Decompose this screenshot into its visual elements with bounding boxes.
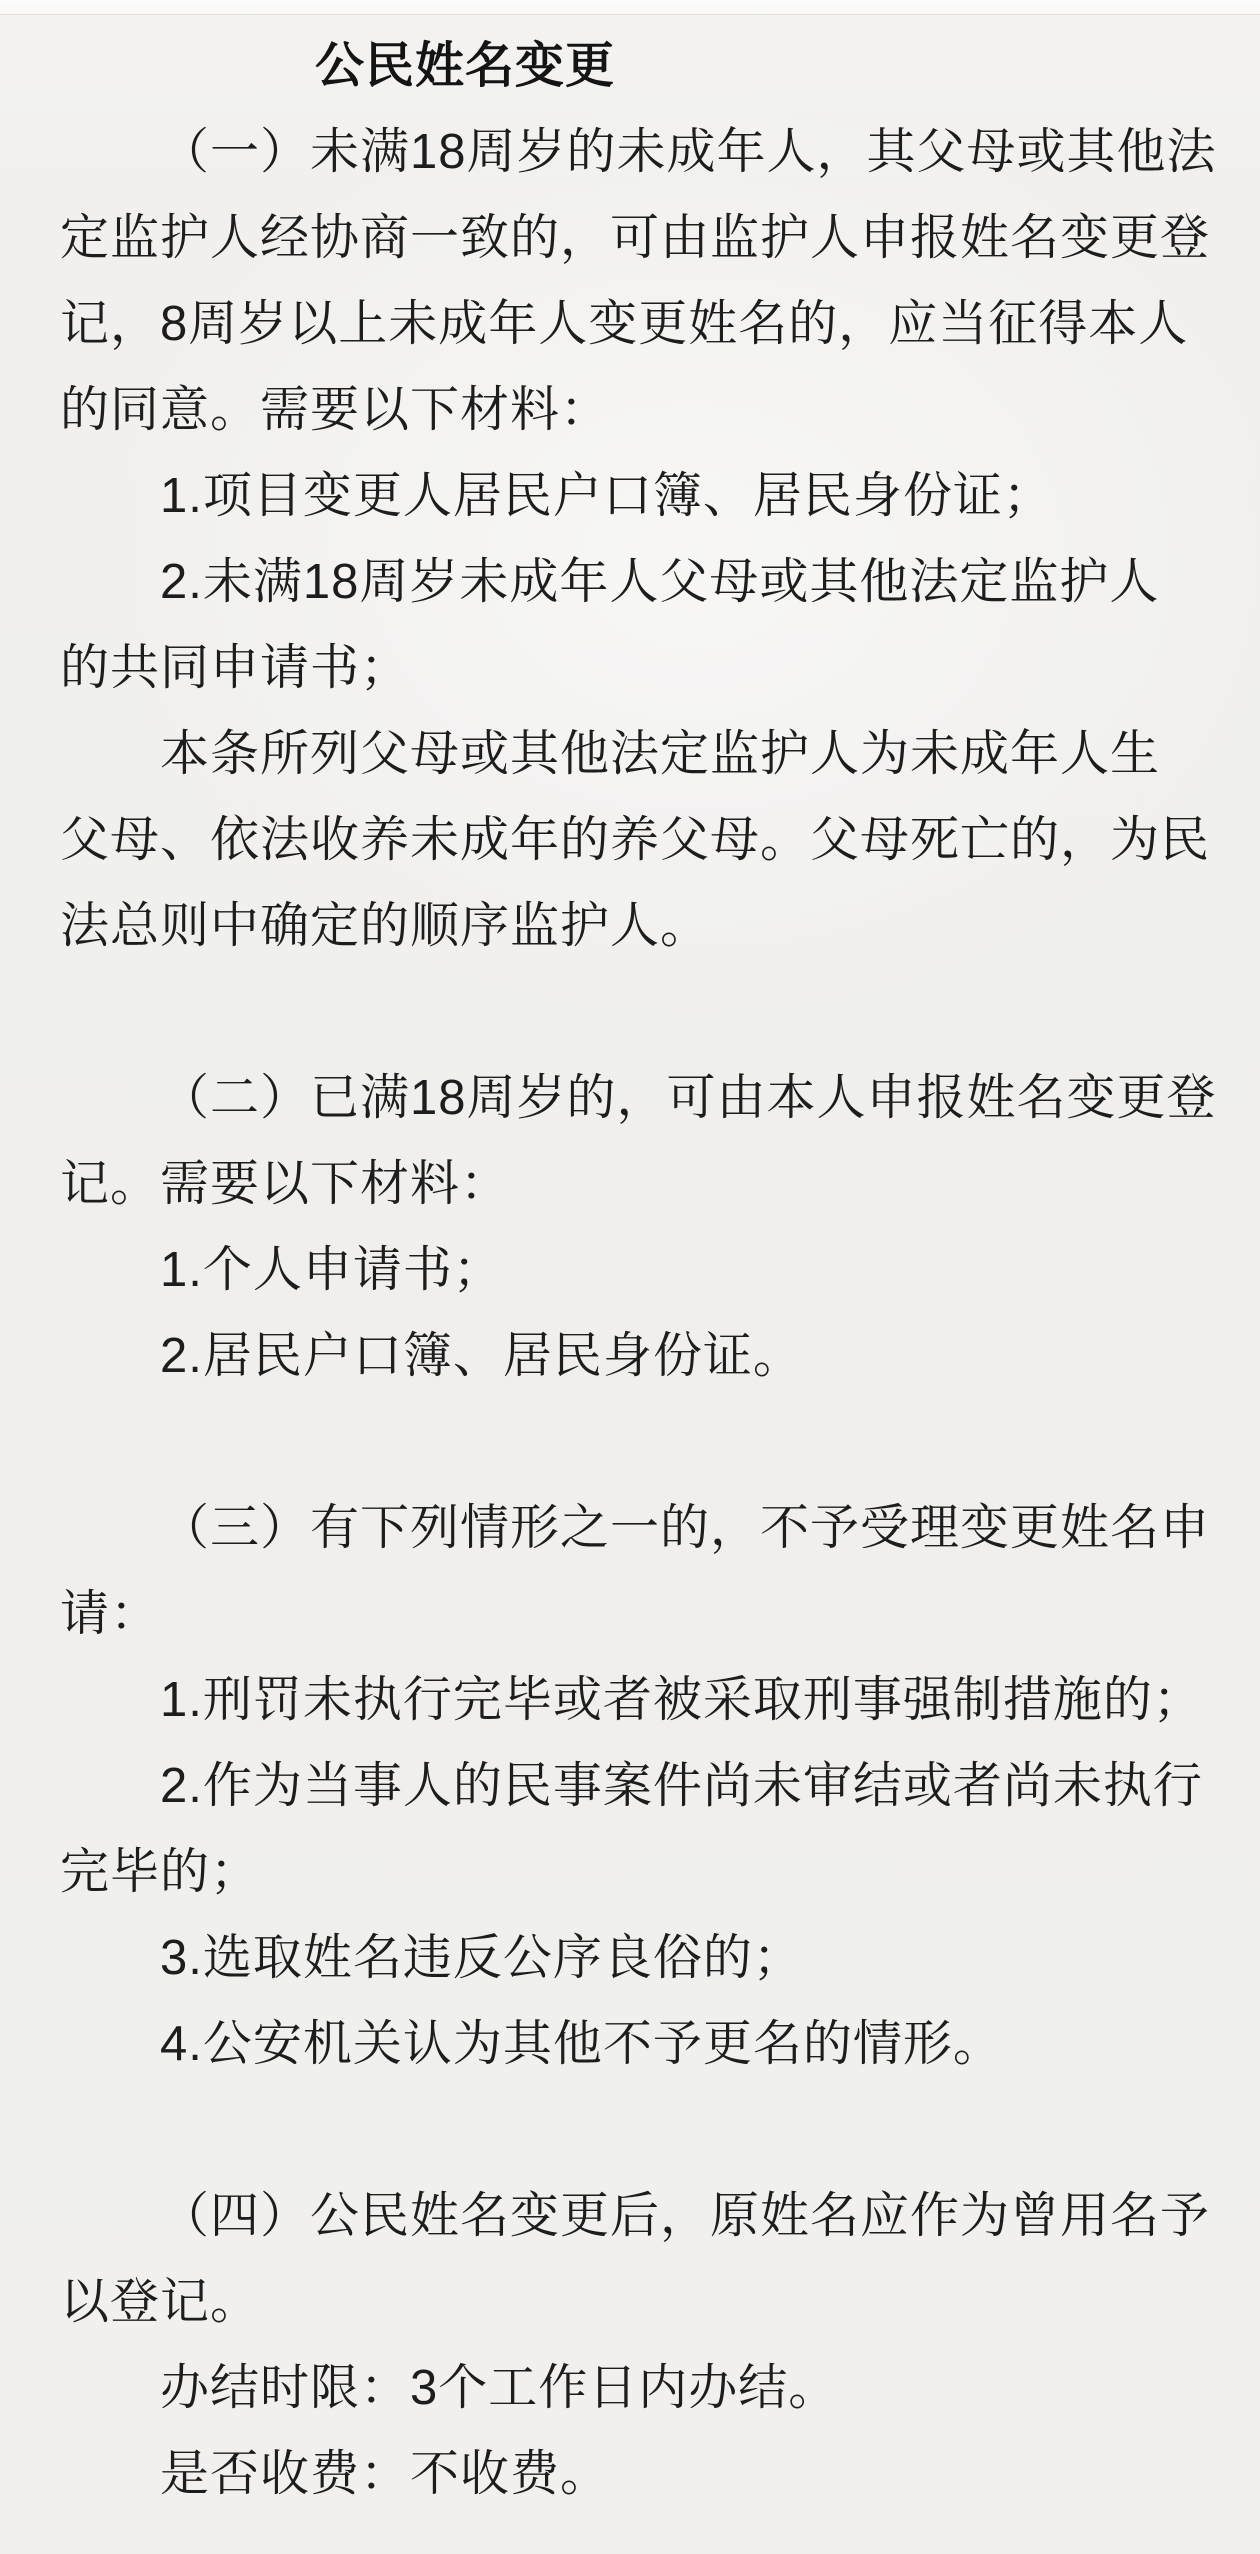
- text-line: 以登记。: [60, 2259, 1204, 2345]
- text-line: 2.未满18周岁未成年人父母或其他法定监护人: [60, 539, 1204, 625]
- blank-line: [60, 1399, 1204, 1485]
- text-line: 3.选取姓名违反公序良俗的；: [60, 1915, 1204, 2001]
- text-line: 定监护人经协商一致的，可由监护人申报姓名变更登: [60, 195, 1204, 281]
- text-line: （二）已满18周岁的，可由本人申报姓名变更登: [60, 1055, 1204, 1141]
- document-title: 公民姓名变更: [315, 23, 1204, 109]
- paragraph-section-3: （三）有下列情形之一的，不予受理变更姓名申 请：: [60, 1485, 1204, 1657]
- top-divider: [0, 0, 1260, 15]
- document-title-block: 公民姓名变更: [60, 23, 1204, 109]
- text-line: 是否收费：不收费。: [60, 2431, 1204, 2517]
- text-line: 办结时限：3个工作日内办结。: [60, 2345, 1204, 2431]
- paragraph-item: 2.作为当事人的民事案件尚未审结或者尚未执行 完毕的；: [60, 1743, 1204, 1915]
- text-line: 的同意。需要以下材料：: [60, 367, 1204, 453]
- paragraph-fee: 是否收费：不收费。: [60, 2431, 1204, 2517]
- text-line: 4.公安机关认为其他不予更名的情形。: [60, 2001, 1204, 2087]
- blank-line: [60, 2087, 1204, 2173]
- paragraph-spacer: [60, 969, 1204, 1055]
- text-line: 1.刑罚未执行完毕或者被采取刑事强制措施的；: [60, 1657, 1204, 1743]
- text-line: 请：: [60, 1571, 1204, 1657]
- text-line: 父母、依法收养未成年的养父母。父母死亡的，为民: [60, 797, 1204, 883]
- paragraph-item: 3.选取姓名违反公序良俗的；: [60, 1915, 1204, 2001]
- text-line: （一）未满18周岁的未成年人，其父母或其他法: [60, 109, 1204, 195]
- document-page: 公民姓名变更 （一）未满18周岁的未成年人，其父母或其他法 定监护人经协商一致的…: [0, 0, 1260, 2554]
- text-line: 本条所列父母或其他法定监护人为未成年人生: [60, 711, 1204, 797]
- blank-line: [60, 969, 1204, 1055]
- paragraph-spacer: [60, 1399, 1204, 1485]
- text-line: （三）有下列情形之一的，不予受理变更姓名申: [60, 1485, 1204, 1571]
- text-line: 记，8周岁以上未成年人变更姓名的，应当征得本人: [60, 281, 1204, 367]
- paragraph-item: 1.刑罚未执行完毕或者被采取刑事强制措施的；: [60, 1657, 1204, 1743]
- text-line: 记。需要以下材料：: [60, 1141, 1204, 1227]
- paragraph-section-4: （四）公民姓名变更后，原姓名应作为曾用名予 以登记。: [60, 2173, 1204, 2345]
- paragraph-item: 1.项目变更人居民户口簿、居民身份证；: [60, 453, 1204, 539]
- text-line: 2.居民户口簿、居民身份证。: [60, 1313, 1204, 1399]
- document-content: 公民姓名变更 （一）未满18周岁的未成年人，其父母或其他法 定监护人经协商一致的…: [0, 15, 1260, 2517]
- paragraph-item: 1.个人申请书；: [60, 1227, 1204, 1313]
- paragraph-section-1: （一）未满18周岁的未成年人，其父母或其他法 定监护人经协商一致的，可由监护人申…: [60, 109, 1204, 453]
- paragraph-time-limit: 办结时限：3个工作日内办结。: [60, 2345, 1204, 2431]
- text-line: 完毕的；: [60, 1829, 1204, 1915]
- paragraph-spacer: [60, 2087, 1204, 2173]
- paragraph-section-2: （二）已满18周岁的，可由本人申报姓名变更登 记。需要以下材料：: [60, 1055, 1204, 1227]
- paragraph-item: 2.居民户口簿、居民身份证。: [60, 1313, 1204, 1399]
- text-line: 1.项目变更人居民户口簿、居民身份证；: [60, 453, 1204, 539]
- text-line: 法总则中确定的顺序监护人。: [60, 883, 1204, 969]
- paragraph-note: 本条所列父母或其他法定监护人为未成年人生 父母、依法收养未成年的养父母。父母死亡…: [60, 711, 1204, 969]
- paragraph-item: 2.未满18周岁未成年人父母或其他法定监护人 的共同申请书；: [60, 539, 1204, 711]
- paragraph-item: 4.公安机关认为其他不予更名的情形。: [60, 2001, 1204, 2087]
- text-line: 1.个人申请书；: [60, 1227, 1204, 1313]
- text-line: 2.作为当事人的民事案件尚未审结或者尚未执行: [60, 1743, 1204, 1829]
- text-line: （四）公民姓名变更后，原姓名应作为曾用名予: [60, 2173, 1204, 2259]
- text-line: 的共同申请书；: [60, 625, 1204, 711]
